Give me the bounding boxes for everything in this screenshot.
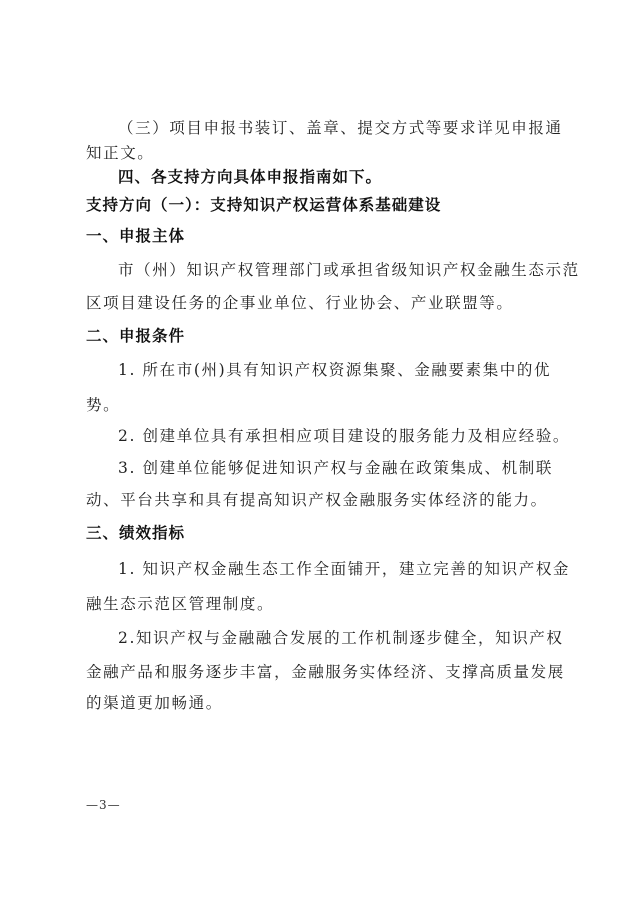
- performance-item-1-cont: 融生态示范区管理制度。: [86, 594, 560, 614]
- performance-item-2-cont2: 的渠道更加畅通。: [86, 693, 560, 713]
- paragraph-applicant: 市（州）知识产权管理部门或承担省级知识产权金融生态示范: [118, 260, 560, 280]
- performance-item-1: 1. 知识产权金融生态工作全面铺开，建立完善的知识产权金: [118, 559, 560, 579]
- paragraph-applicant-cont: 区项目建设任务的企事业单位、行业协会、产业联盟等。: [86, 293, 560, 313]
- condition-item-3: 3. 创建单位能够促进知识产权与金融在政策集成、机制联: [118, 458, 560, 478]
- section-heading-guidelines: 四、各支持方向具体申报指南如下。: [118, 167, 560, 187]
- paragraph-submission-requirements: （三）项目申报书装订、盖章、提交方式等要求详见申报通: [118, 118, 560, 138]
- document-page: （三）项目申报书装订、盖章、提交方式等要求详见申报通 知正文。 四、各支持方向具…: [0, 0, 636, 900]
- performance-item-2: 2.知识产权与金融融合发展的工作机制逐步健全，知识产权: [118, 628, 560, 648]
- paragraph-submission-requirements-cont: 知正文。: [86, 143, 560, 163]
- performance-item-2-cont: 金融产品和服务逐步丰富，金融服务实体经济、支撑高质量发展: [86, 662, 560, 682]
- condition-item-3-cont: 动、平台共享和具有提高知识产权金融服务实体经济的能力。: [86, 490, 560, 510]
- heading-performance: 三、绩效指标: [86, 523, 560, 543]
- page-number: —3—: [86, 798, 121, 812]
- condition-item-1: 1. 所在市(州)具有知识产权资源集聚、金融要素集中的优: [118, 360, 560, 380]
- support-direction-title: 支持方向（一）：支持知识产权运营体系基础建设: [86, 195, 560, 215]
- heading-conditions: 二、申报条件: [86, 326, 560, 346]
- condition-item-1-cont: 势。: [86, 395, 560, 415]
- heading-applicant: 一、申报主体: [86, 226, 560, 246]
- condition-item-2: 2. 创建单位具有承担相应项目建设的服务能力及相应经验。: [118, 426, 560, 446]
